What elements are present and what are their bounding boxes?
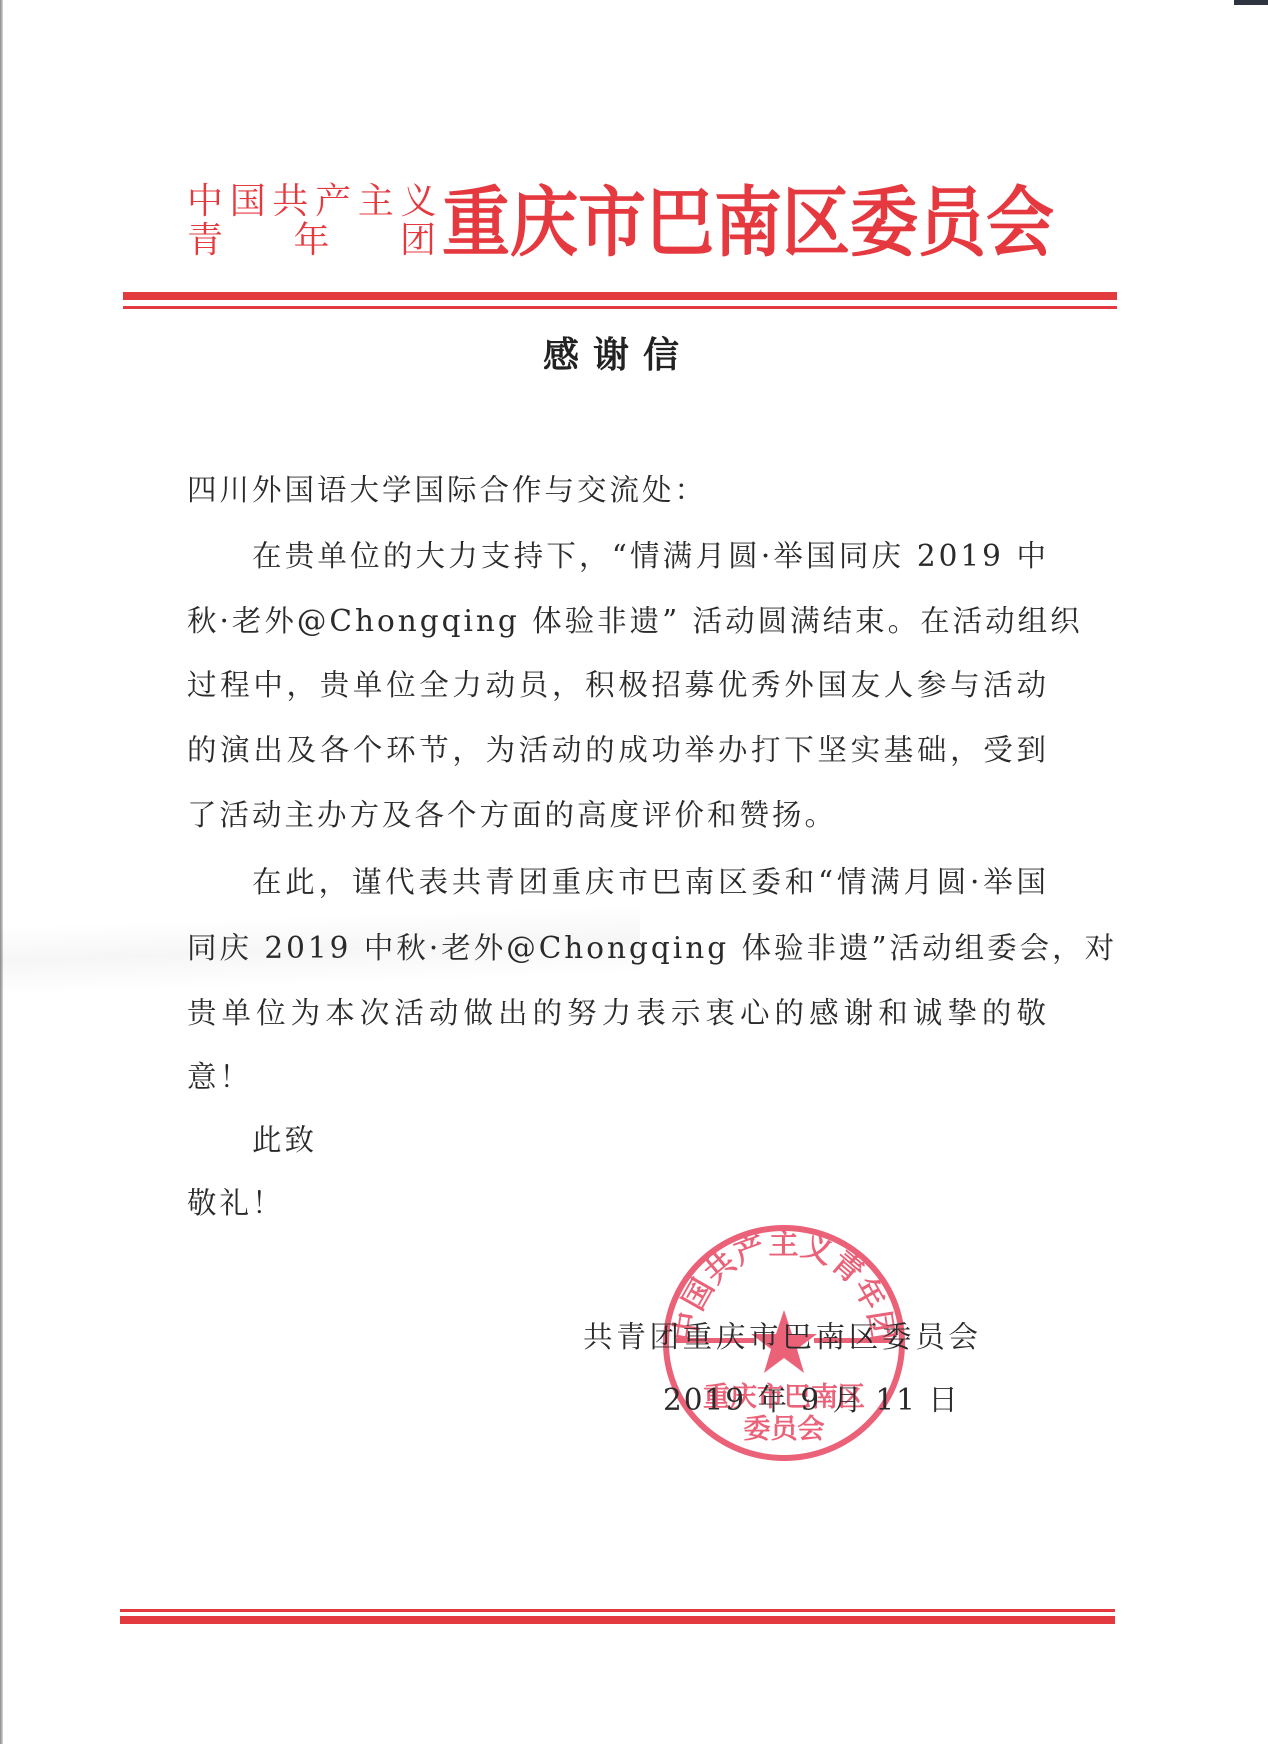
footer-rule-thin: [120, 1609, 1115, 1612]
paragraph-2-line: 意！: [187, 1057, 1049, 1097]
closing-regards: 敬礼！: [187, 1183, 1049, 1223]
scan-edge: [0, 0, 3, 1744]
letterhead-char: 中: [187, 182, 222, 221]
letterhead-rule-thin: [123, 306, 1117, 309]
footer-rule-thick: [120, 1616, 1115, 1624]
paragraph-1-line: 的演出及各个环节，为活动的成功举办打下坚实基础，受到: [187, 730, 1049, 770]
paragraph-1-line: 过程中，贵单位全力动员，积极招募优秀外国友人参与活动: [187, 665, 1049, 705]
letterhead-char: 义: [400, 182, 435, 221]
letterhead-org-small: 中 国 共 产 主 义 青 年 团: [187, 182, 435, 260]
paragraph-1-line: 在贵单位的大力支持下，“情满月圆·举国同庆 2019 中: [252, 536, 1049, 576]
letterhead-char: 共: [272, 182, 307, 221]
letterhead-char: 团: [400, 221, 435, 260]
closing-salutation: 此致: [252, 1120, 1049, 1160]
paragraph-1-line: 了活动主办方及各个方面的高度评价和赞扬。: [187, 795, 1049, 835]
paragraph-2-line: 贵单位为本次活动做出的努力表示衷心的感谢和诚挚的敬: [187, 993, 1049, 1033]
scan-corner-mark: [1234, 0, 1268, 5]
letterhead-char: 青: [187, 221, 222, 260]
letterhead-char: 主: [358, 182, 393, 221]
letterhead-char: 年: [293, 221, 328, 260]
letterhead-org-big: 重庆市巴南区委员会: [442, 176, 1062, 270]
letterhead-char: 产: [315, 182, 350, 221]
paragraph-2-line: 同庆 2019 中秋·老外@Chongqing 体验非遗”活动组委会，对: [187, 928, 1049, 968]
addressee: 四川外国语大学国际合作与交流处：: [187, 470, 1049, 510]
signature-date: 2019 年 9 月 11 日: [663, 1380, 915, 1420]
paragraph-2-line: 在此，谨代表共青团重庆市巴南区委和“情满月圆·举国: [252, 862, 1049, 902]
signature-org: 共青团重庆市巴南区委员会: [583, 1317, 981, 1357]
paragraph-1-line: 秋·老外@Chongqing 体验非遗” 活动圆满结束。在活动组织: [187, 601, 1049, 641]
letter-title: 感谢信: [528, 331, 708, 381]
letterhead-char: 国: [230, 182, 265, 221]
letterhead-rule-thick: [123, 292, 1117, 300]
